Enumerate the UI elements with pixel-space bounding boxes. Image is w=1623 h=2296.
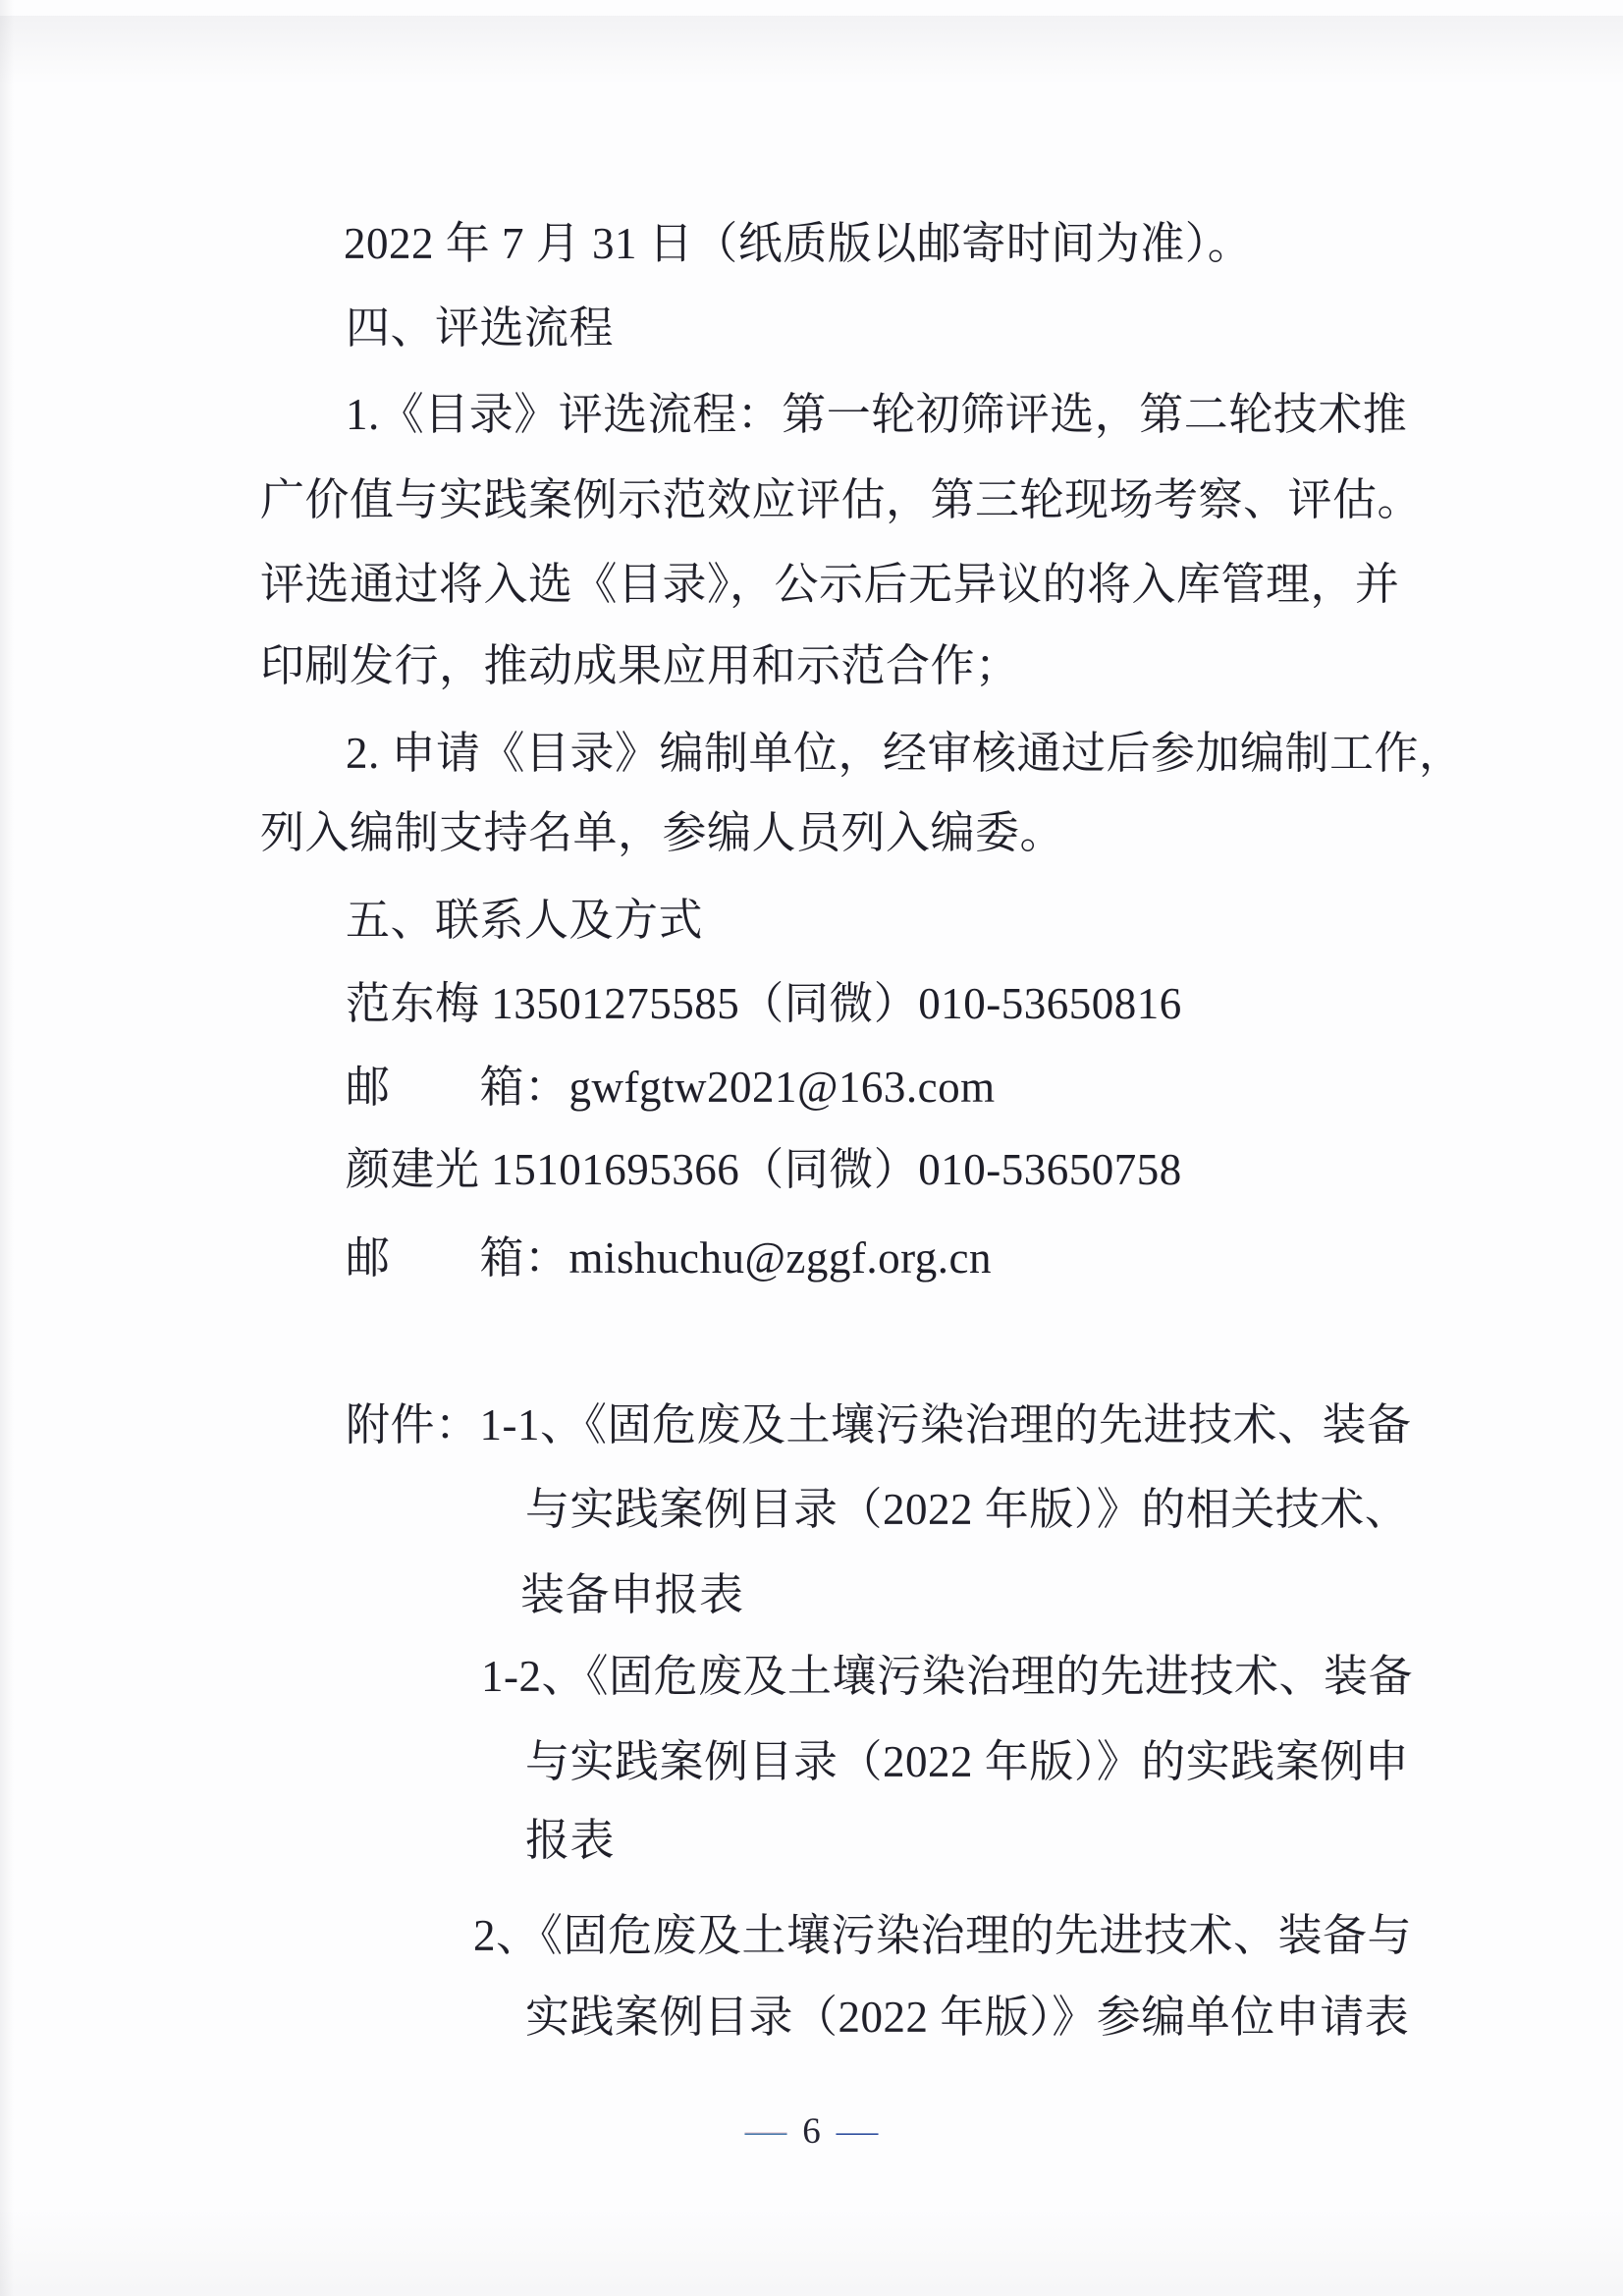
page-dash-left: —: [745, 2115, 787, 2149]
attachment-2-line-2: 实践案例目录（2022 年版）》参编单位申请表: [525, 1992, 1409, 2043]
scan-artifact-left-edge: [0, 0, 14, 2296]
page-number: 6: [802, 2113, 821, 2150]
para-selection-line-3: 评选通过将入选《目录》，公示后无异议的将入库管理，并: [260, 559, 1400, 610]
heading-section-four: 四、评选流程: [346, 302, 614, 354]
contact-line-yan-jianguang: 颜建光 15101695366（同微）010-53650758: [346, 1144, 1182, 1195]
attachment-1-2-line-3: 报表: [525, 1815, 615, 1866]
email-line-gwfgtw: 邮 箱：gwfgtw2021@163.com: [346, 1062, 996, 1113]
page-dash-right: —: [837, 2115, 879, 2149]
email-line-mishuchu: 邮 箱：mishuchu@zggf.org.cn: [346, 1232, 992, 1284]
attachment-1-1-line-2: 与实践案例目录（2022 年版）》的相关技术、: [525, 1484, 1409, 1535]
scan-artifact-top: [0, 16, 1623, 84]
para-selection-line-4: 印刷发行，推动成果应用和示范合作；: [260, 640, 1020, 691]
attachment-1-2-line-1: 1-2、《固危废及土壤污染治理的先进技术、装备: [481, 1651, 1413, 1702]
attachment-1-1-line-3: 装备申报表: [520, 1569, 744, 1620]
attachment-1-1-line-1: 附件：1-1、《固危废及土壤污染治理的先进技术、装备: [346, 1399, 1412, 1450]
para-selection-line-2: 广价值与实践案例示范效应评估，第三轮现场考察、评估。: [260, 474, 1422, 525]
page-footer: — 6 —: [0, 2113, 1623, 2150]
heading-section-five: 五、联系人及方式: [346, 895, 703, 946]
para-application-line-2: 列入编制支持名单，参编人员列入编委。: [260, 807, 1064, 858]
document-page: 2022 年 7 月 31 日（纸质版以邮寄时间为准）。 四、评选流程 1.《目…: [0, 0, 1623, 2296]
para-selection-line-1: 1.《目录》评选流程：第一轮初筛评选，第二轮技术推: [346, 389, 1407, 440]
attachment-1-2-line-2: 与实践案例目录（2022 年版）》的实践案例申: [525, 1736, 1409, 1787]
deadline-date-text: 2022 年 7 月 31 日（纸质版以邮寄时间为准）。: [344, 218, 1252, 269]
attachment-2-line-1: 2、《固危废及土壤污染治理的先进技术、装备与: [473, 1910, 1412, 1961]
contact-line-fan-dongmei: 范东梅 13501275585（同微）010-53650816: [346, 978, 1182, 1029]
scan-artifact-bottom: [0, 2210, 1623, 2296]
para-application-line-1: 2. 申请《目录》编制单位，经审核通过后参加编制工作，: [346, 728, 1464, 779]
